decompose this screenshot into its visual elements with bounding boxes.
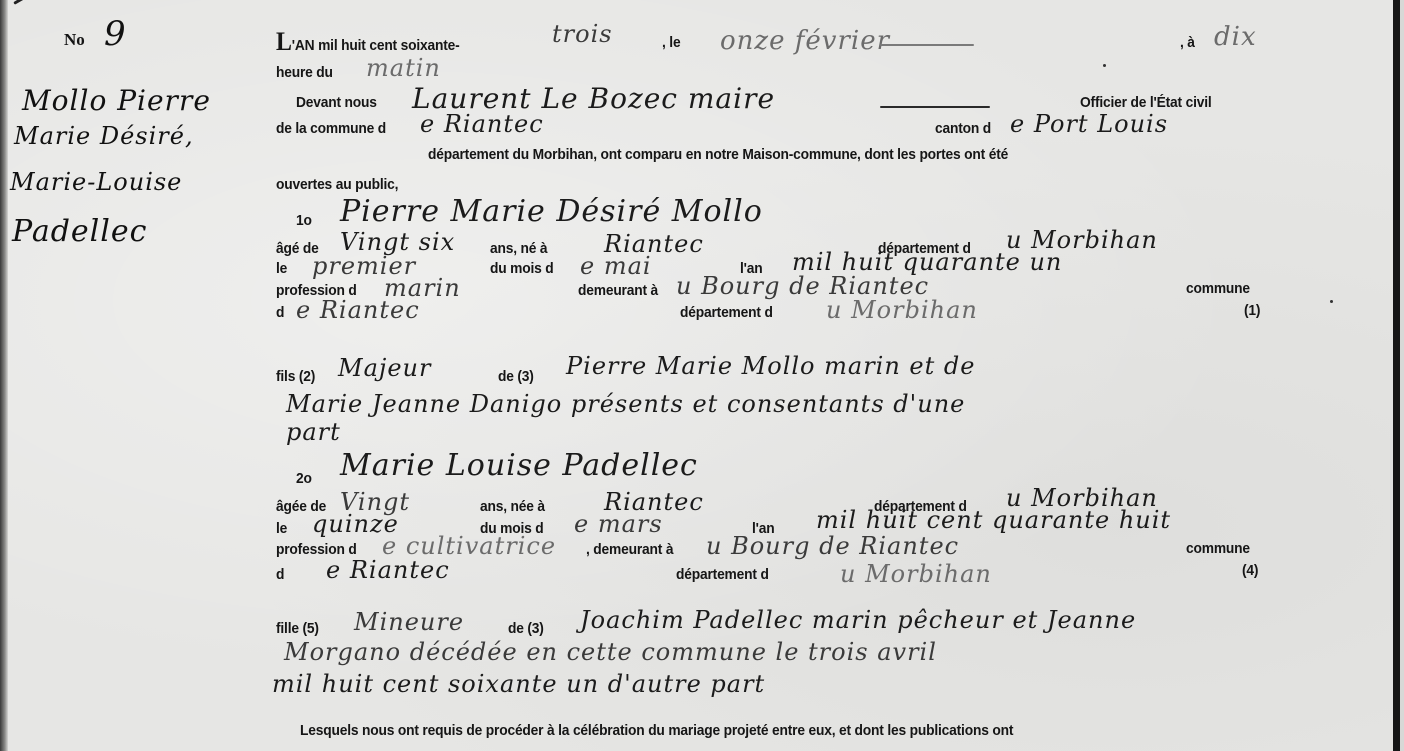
hour-period: matin (366, 54, 441, 82)
label-officier: Officier de l'État civil (1080, 94, 1212, 111)
groom-birth-month: e mai (580, 252, 652, 280)
margin-note-line-2: Marie Désiré, (14, 122, 194, 150)
record-number: 9 (104, 14, 126, 54)
label-de-la-commune: de la commune d (276, 120, 386, 137)
bride-birth-month: e mars (574, 510, 663, 538)
bride-parents-line-2: Morgano décédée en cette commune le troi… (284, 638, 937, 666)
label-heure-du: heure du (276, 64, 333, 81)
label-d: d (276, 566, 284, 583)
bride-residence-department: u Morbihan (840, 560, 992, 588)
label-ans-nee-a: ans, née à (480, 498, 545, 515)
bride-residence-commune: e Riantec (326, 556, 450, 584)
record-number-label: No (64, 30, 85, 50)
label-departement-d: département d (676, 566, 769, 583)
year-suffix: trois (552, 20, 613, 48)
label-departement-d: département d (680, 304, 773, 321)
label-demeurant-a: demeurant à (578, 282, 658, 299)
bride-residence: u Bourg de Riantec (706, 532, 959, 560)
label-demeurant-a: , demeurant à (586, 541, 673, 558)
groom-status: Majeur (338, 354, 431, 382)
margin-note-line-4: Padellec (12, 214, 147, 249)
label-commune: commune (1186, 540, 1250, 557)
groom-residence-department: u Morbihan (826, 296, 978, 324)
note-1: (1) (1244, 302, 1260, 319)
bride-status: Mineure (354, 608, 464, 636)
page-binding-edge (0, 0, 8, 751)
label-le: le (276, 260, 287, 277)
label-de-3: de (3) (498, 368, 534, 385)
marriage-date: onze février (720, 26, 890, 56)
bride-birth-year: mil huit cent quarante huit (816, 506, 1171, 534)
page-border-outer (1400, 0, 1404, 751)
note-4: (4) (1242, 562, 1258, 579)
ink-stroke (13, 0, 56, 5)
label-de-3: de (3) (508, 620, 544, 637)
underline (880, 106, 990, 108)
groom-number: 1o (296, 212, 312, 229)
ink-speck (1330, 300, 1333, 303)
bride-parents-line-1: Joachim Padellec marin pêcheur et Jeanne (580, 606, 1136, 634)
margin-note-line-1: Mollo Pierre (22, 84, 211, 117)
intro-text: L'AN mil huit cent soixante- (276, 27, 460, 57)
label-devant-nous: Devant nous (296, 94, 377, 111)
canton-name: e Port Louis (1010, 110, 1168, 138)
ink-speck (1103, 64, 1106, 67)
bride-name: Marie Louise Padellec (340, 448, 698, 483)
label-d: d (276, 304, 284, 321)
groom-parents-line-3: part (286, 418, 341, 446)
label-le: le (276, 520, 287, 537)
groom-name: Pierre Marie Désiré Mollo (340, 194, 763, 229)
label-ouvertes: ouvertes au public, (276, 176, 398, 193)
marriage-hour: dix (1214, 22, 1257, 52)
page-border-right (1393, 0, 1400, 751)
label-fils: fils (2) (276, 368, 315, 385)
label-le: , le (662, 34, 680, 51)
label-fille: fille (5) (276, 620, 319, 637)
bride-parents-line-3: mil huit cent soixante un d'autre part (272, 670, 765, 698)
label-du-mois-d: du mois d (490, 260, 554, 277)
label-canton: canton d (935, 120, 991, 137)
register-page: No 9 Mollo Pierre Marie Désiré, Marie-Lo… (0, 0, 1404, 751)
label-ans-ne-a: ans, né à (490, 240, 547, 257)
closing-text: Lesquels nous ont requis de procéder à l… (300, 722, 1013, 739)
commune-name: e Riantec (420, 110, 544, 138)
groom-parents-line-1: Pierre Marie Mollo marin et de (566, 352, 975, 380)
label-a: , à (1180, 34, 1195, 51)
bride-number: 2o (296, 470, 312, 487)
label-commune: commune (1186, 280, 1250, 297)
underline (880, 44, 974, 46)
groom-parents-line-2: Marie Jeanne Danigo présents et consenta… (286, 390, 965, 418)
departement-line: département du Morbihan, ont comparu en … (428, 146, 1008, 163)
groom-residence-commune: e Riantec (296, 296, 420, 324)
margin-note-line-3: Marie-Louise (10, 168, 182, 196)
